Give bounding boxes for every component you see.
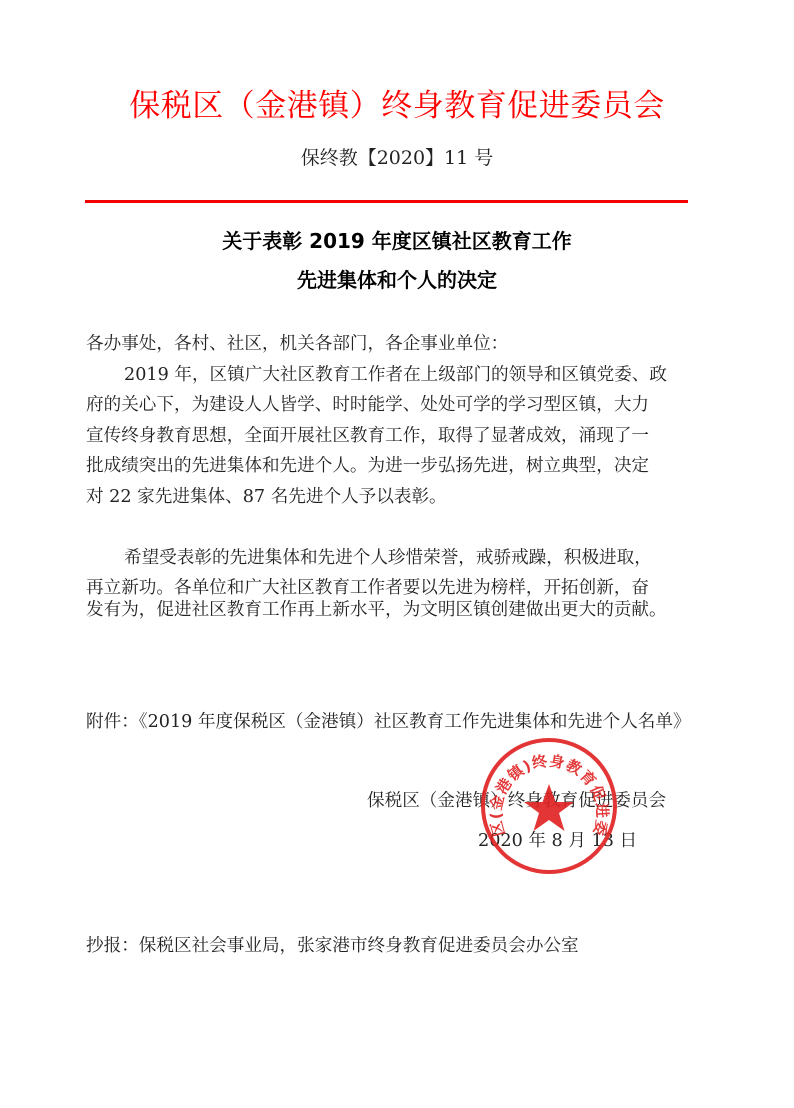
salutation: 各办事处，各村、社区，机关各部门，各企事业单位： <box>86 334 508 354</box>
paragraph-line: 发有为，促进社区教育工作再上新水平，为文明区镇创建做出更大的贡献。 <box>86 600 667 620</box>
paragraph-line: 府的关心下，为建设人人皆学、时时能学、处处可学的学习型区镇，大力 <box>86 395 649 415</box>
paragraph-line: 希望受表彰的先进集体和先进个人珍惜荣誉，戒骄戒躁，积极进取， <box>124 548 652 568</box>
star-icon <box>524 784 574 831</box>
issuing-organization-title: 保税区（金港镇）终身教育促进委员会 <box>0 80 794 125</box>
paragraph-line: 再立新功。各单位和广大社区教育工作者要以先进为榜样，开拓创新，奋 <box>86 578 649 598</box>
document-number: 保终教【2020】11 号 <box>0 143 794 170</box>
red-header-rule <box>85 200 688 203</box>
document-title-line-1: 关于表彰 2019 年度区镇社区教育工作 <box>0 225 794 254</box>
svg-text:保税区(金港镇)终身教育促进委员会: 保税区(金港镇)终身教育促进委员会 <box>479 736 611 838</box>
paragraph-line: 2019 年，区镇广大社区教育工作者在上级部门的领导和区镇党委、政 <box>124 365 667 385</box>
carbon-copy-recipients: 抄报：保税区社会事业局，张家港市终身教育促进委员会办公室 <box>86 936 579 956</box>
official-seal-stamp: 保税区(金港镇)终身教育促进委员会 <box>479 736 619 876</box>
attachment-note: 附件：《2019 年度保税区（金港镇）社区教育工作先进集体和先进个人名单》 <box>86 712 691 732</box>
paragraph-line: 宣传终身教育思想，全面开展社区教育工作，取得了显著成效，涌现了一 <box>86 426 649 446</box>
document-title-line-2: 先进集体和个人的决定 <box>0 264 794 293</box>
paragraph-line: 批成绩突出的先进集体和先进个人。为进一步弘扬先进，树立典型，决定 <box>86 456 649 476</box>
paragraph-line: 对 22 家先进集体、87 名先进个人予以表彰。 <box>86 487 447 507</box>
